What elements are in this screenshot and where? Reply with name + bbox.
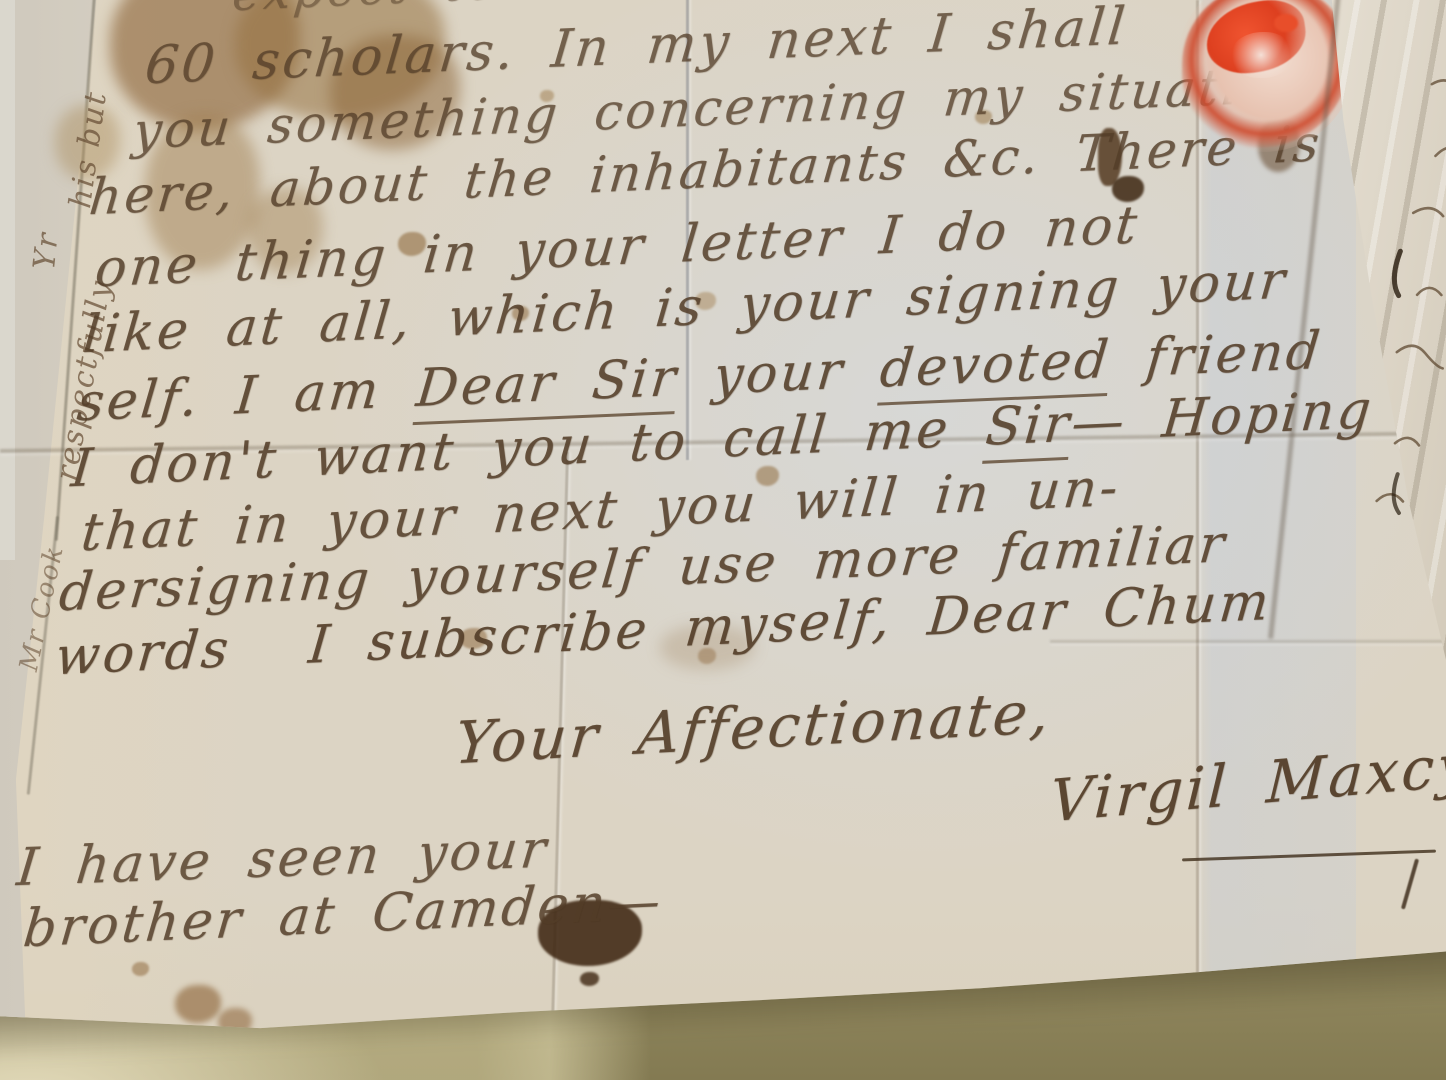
line-text: words xyxy=(53,619,234,687)
paper-edge-sliver xyxy=(0,0,15,560)
letter-signature: Virgil Maxcy xyxy=(1049,735,1446,830)
margin-fragment: Yr xyxy=(30,230,64,271)
ink-spot xyxy=(580,972,599,986)
ink-spot xyxy=(132,962,149,976)
wax-seal-dot xyxy=(1274,14,1298,32)
crumple-writing-marks xyxy=(1330,0,1446,620)
line-text: friend xyxy=(1108,321,1326,390)
wax-seal-mottle xyxy=(1230,32,1292,78)
letter-photo: his but Yr respectfully Mr Cook expect t… xyxy=(0,0,1446,1080)
letter-paper: his but Yr respectfully Mr Cook expect t… xyxy=(0,0,1446,1080)
ink-stain xyxy=(175,985,221,1023)
signature-flourish xyxy=(1401,858,1419,909)
line-text: your xyxy=(675,339,883,408)
underlined-text: Sir xyxy=(982,394,1074,464)
letter-closing: Your Affectionate, xyxy=(453,683,1054,773)
fold-crease-horizontal xyxy=(1050,640,1446,643)
closing-text: Your Affectionate, xyxy=(452,678,1054,778)
line-text: self. I am xyxy=(74,359,419,434)
